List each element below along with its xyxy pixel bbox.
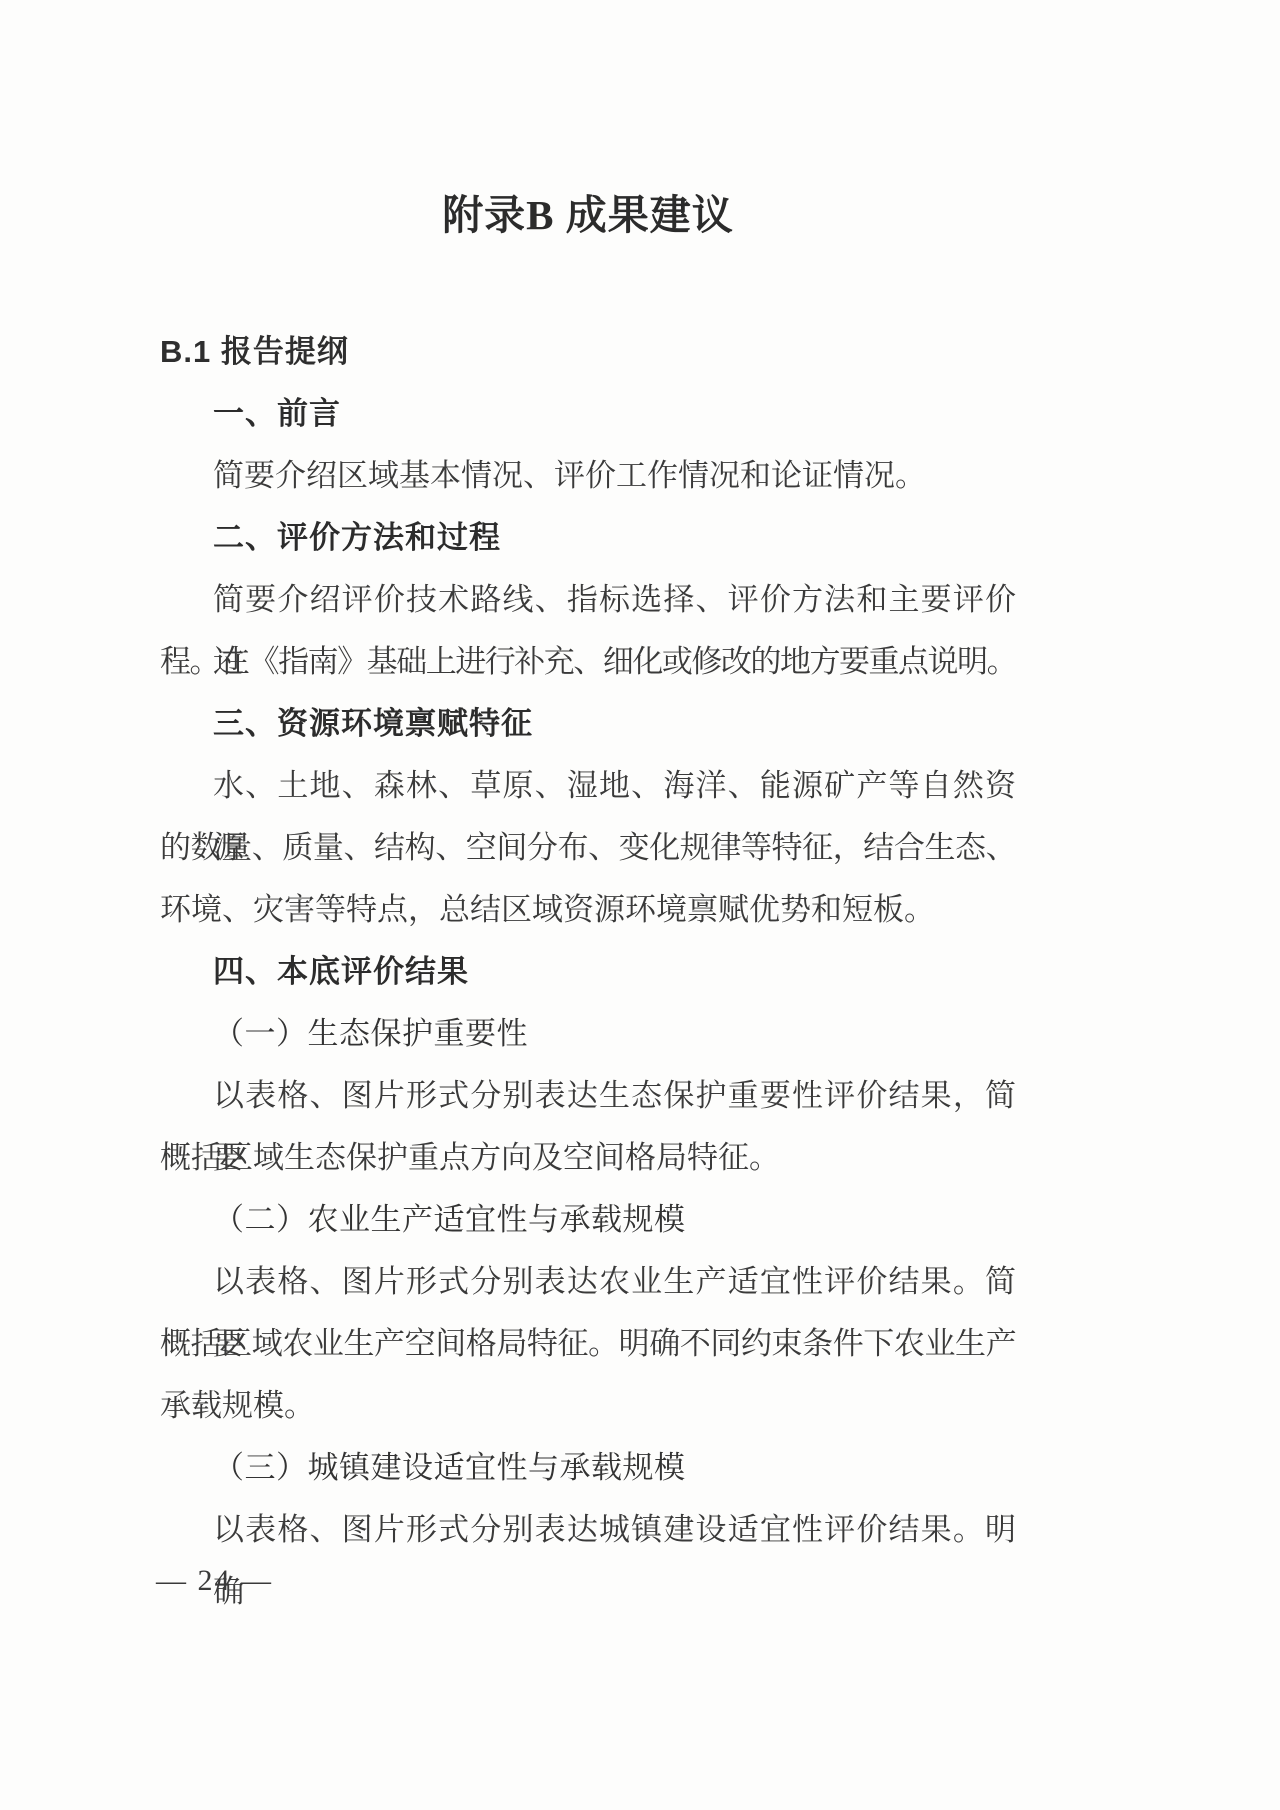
subheading-1-ecological-protection: （一）生态保护重要性 <box>160 1003 1016 1065</box>
heading-2-methods: 二、评价方法和过程 <box>160 507 1016 569</box>
heading-1-foreword: 一、前言 <box>160 383 1016 445</box>
paragraph-line: 概括区域生态保护重点方向及空间格局特征。 <box>160 1127 1016 1189</box>
paragraph-line: 以表格、图片形式分别表达生态保护重要性评价结果，简要 <box>160 1065 1016 1127</box>
paragraph-line: 概括区域农业生产空间格局特征。明确不同约束条件下农业生产 <box>160 1313 1016 1375</box>
document-body: B.1 报告提纲 一、前言 简要介绍区域基本情况、评价工作情况和论证情况。 二、… <box>160 321 1016 1561</box>
scanned-document-page: 附录B 成果建议 B.1 报告提纲 一、前言 简要介绍区域基本情况、评价工作情况… <box>0 0 1280 1810</box>
paragraph-line: 简要介绍区域基本情况、评价工作情况和论证情况。 <box>160 445 1016 507</box>
paragraph-line: 简要介绍评价技术路线、指标选择、评价方法和主要评价过 <box>160 569 1016 631</box>
paragraph-line: 环境、灾害等特点，总结区域资源环境禀赋优势和短板。 <box>160 879 1016 941</box>
heading-3-endowment: 三、资源环境禀赋特征 <box>160 693 1016 755</box>
section-heading-b1: B.1 报告提纲 <box>160 321 1016 383</box>
paragraph-line: 的数量、质量、结构、空间分布、变化规律等特征，结合生态、 <box>160 817 1016 879</box>
paragraph-line: 承载规模。 <box>160 1375 1016 1437</box>
subheading-2-agricultural-suitability: （二）农业生产适宜性与承载规模 <box>160 1189 1016 1251</box>
heading-4-baseline-results: 四、本底评价结果 <box>160 941 1016 1003</box>
page-number: — 24 — <box>156 1563 273 1599</box>
paragraph-line: 水、土地、森林、草原、湿地、海洋、能源矿产等自然资源 <box>160 755 1016 817</box>
paragraph-line: 以表格、图片形式分别表达城镇建设适宜性评价结果。明确 <box>160 1499 1016 1561</box>
document-title: 附录B 成果建议 <box>160 193 1016 238</box>
paragraph-line: 程。在《指南》基础上进行补充、细化或修改的地方要重点说明。 <box>160 631 1016 693</box>
subheading-3-urban-suitability: （三）城镇建设适宜性与承载规模 <box>160 1437 1016 1499</box>
paragraph-line: 以表格、图片形式分别表达农业生产适宜性评价结果。简要 <box>160 1251 1016 1313</box>
